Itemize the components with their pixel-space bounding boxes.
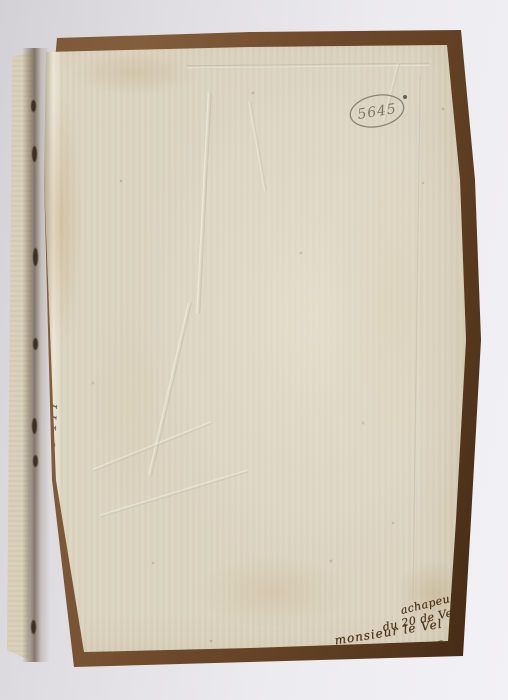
stain [325,150,455,460]
stain [88,300,172,510]
paper-crease [186,63,430,69]
sewing-knot [33,455,38,467]
spine-gutter-shadow [22,48,50,662]
stain [70,52,200,94]
catalog-number: 5645 [356,101,398,123]
sewing-knot [33,248,38,266]
ink-dot [403,95,407,99]
sewing-knot [32,418,37,434]
foxing-dots [0,0,2,2]
pastedown-endpaper: 5645 9802 RAC 1TT achapeu du 20 de Vel m… [0,0,508,700]
catalog-number-oval: 5645 [348,90,410,132]
paper-crease [196,92,212,314]
sewing-knot [31,620,36,634]
sewing-knot [31,100,36,112]
sewing-knot [32,146,37,162]
sewing-knot [33,338,38,350]
photo-of-book: 5645 9802 RAC 1TT achapeu du 20 de Vel m… [0,0,508,700]
paper-crease [248,100,267,191]
stain [198,555,348,629]
